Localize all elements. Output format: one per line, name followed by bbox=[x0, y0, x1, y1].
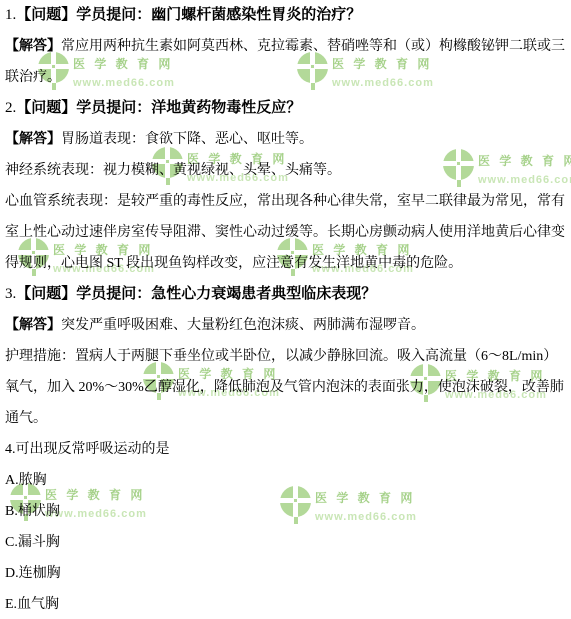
option-text: 漏斗胸 bbox=[18, 535, 60, 550]
question-2-text: 洋地黄药物毒性反应？ bbox=[151, 100, 301, 116]
quiz-number: 4. bbox=[5, 442, 16, 457]
answer-3-paragraph-2: 护理措施：置病人于两腿下垂坐位或半卧位，以减少静脉回流。吸入高流量（6～8L/m… bbox=[5, 341, 566, 434]
question-3-text: 急性心力衰竭患者典型临床表现？ bbox=[151, 286, 376, 302]
quiz-option-d: D.连枷胸 bbox=[5, 558, 566, 589]
option-text: 连枷胸 bbox=[19, 566, 61, 581]
question-label: 【问题】 bbox=[16, 286, 76, 302]
answer-2-text-2: 神经系统表现：视力模糊、黄视绿视、头晕、头痛等。 bbox=[5, 163, 341, 178]
answer-1-paragraph: 【解答】常应用两种抗生素如阿莫西林、克拉霉素、替硝唑等和（或）枸橼酸铋钾二联或三… bbox=[5, 31, 566, 93]
answer-label: 【解答】 bbox=[5, 39, 61, 54]
answer-3-text-1: 突发严重呼吸困难、大量粉红色泡沫痰、两肺满布湿啰音。 bbox=[61, 318, 425, 333]
option-letter: A. bbox=[5, 473, 19, 488]
quiz-option-e: E.血气胸 bbox=[5, 589, 566, 619]
question-1-title: 1.【问题】学员提问：幽门螺杆菌感染性胃炎的治疗？ bbox=[5, 0, 566, 31]
quiz-option-b: B.桶状胸 bbox=[5, 496, 566, 527]
quiz-question-text: 可出现反常呼吸运动的是 bbox=[16, 442, 170, 457]
answer-2-paragraph-1: 【解答】胃肠道表现：食欲下降、恶心、呕吐等。 bbox=[5, 124, 566, 155]
answer-3-text-2: 护理措施：置病人于两腿下垂坐位或半卧位，以减少静脉回流。吸入高流量（6～8L/m… bbox=[5, 349, 564, 426]
document-content: 1.【问题】学员提问：幽门螺杆菌感染性胃炎的治疗？ 【解答】常应用两种抗生素如阿… bbox=[0, 0, 571, 619]
question-2-number: 2. bbox=[5, 100, 16, 116]
option-letter: B. bbox=[5, 504, 18, 519]
answer-2-paragraph-3: 心血管系统表现：是较严重的毒性反应，常出现各种心律失常，室早二联律最为常见，常有… bbox=[5, 186, 566, 279]
answer-2-text-1: 胃肠道表现：食欲下降、恶心、呕吐等。 bbox=[61, 132, 313, 147]
question-3-number: 3. bbox=[5, 286, 16, 302]
question-2-title: 2.【问题】学员提问：洋地黄药物毒性反应？ bbox=[5, 93, 566, 124]
answer-label: 【解答】 bbox=[5, 318, 61, 333]
answer-label: 【解答】 bbox=[5, 132, 61, 147]
question-3-title: 3.【问题】学员提问：急性心力衰竭患者典型临床表现？ bbox=[5, 279, 566, 310]
answer-2-text-3: 心血管系统表现：是较严重的毒性反应，常出现各种心律失常，室早二联律最为常见，常有… bbox=[5, 194, 565, 271]
option-letter: C. bbox=[5, 535, 18, 550]
question-label: 【问题】 bbox=[16, 100, 76, 116]
answer-2-paragraph-2: 神经系统表现：视力模糊、黄视绿视、头晕、头痛等。 bbox=[5, 155, 566, 186]
answer-1-text: 常应用两种抗生素如阿莫西林、克拉霉素、替硝唑等和（或）枸橼酸铋钾二联或三联治疗。 bbox=[5, 39, 565, 85]
question-1-text: 幽门螺杆菌感染性胃炎的治疗？ bbox=[151, 7, 361, 23]
quiz-question: 4.可出现反常呼吸运动的是 bbox=[5, 434, 566, 465]
asker-label: 学员提问： bbox=[76, 286, 151, 302]
option-text: 桶状胸 bbox=[18, 504, 60, 519]
asker-label: 学员提问： bbox=[76, 100, 151, 116]
asker-label: 学员提问： bbox=[76, 7, 151, 23]
option-text: 脓胸 bbox=[19, 473, 47, 488]
option-text: 血气胸 bbox=[17, 597, 59, 612]
option-letter: E. bbox=[5, 597, 17, 612]
answer-3-paragraph-1: 【解答】突发严重呼吸困难、大量粉红色泡沫痰、两肺满布湿啰音。 bbox=[5, 310, 566, 341]
quiz-option-c: C.漏斗胸 bbox=[5, 527, 566, 558]
question-label: 【问题】 bbox=[16, 7, 76, 23]
quiz-option-a: A.脓胸 bbox=[5, 465, 566, 496]
option-letter: D. bbox=[5, 566, 19, 581]
question-1-number: 1. bbox=[5, 7, 16, 23]
